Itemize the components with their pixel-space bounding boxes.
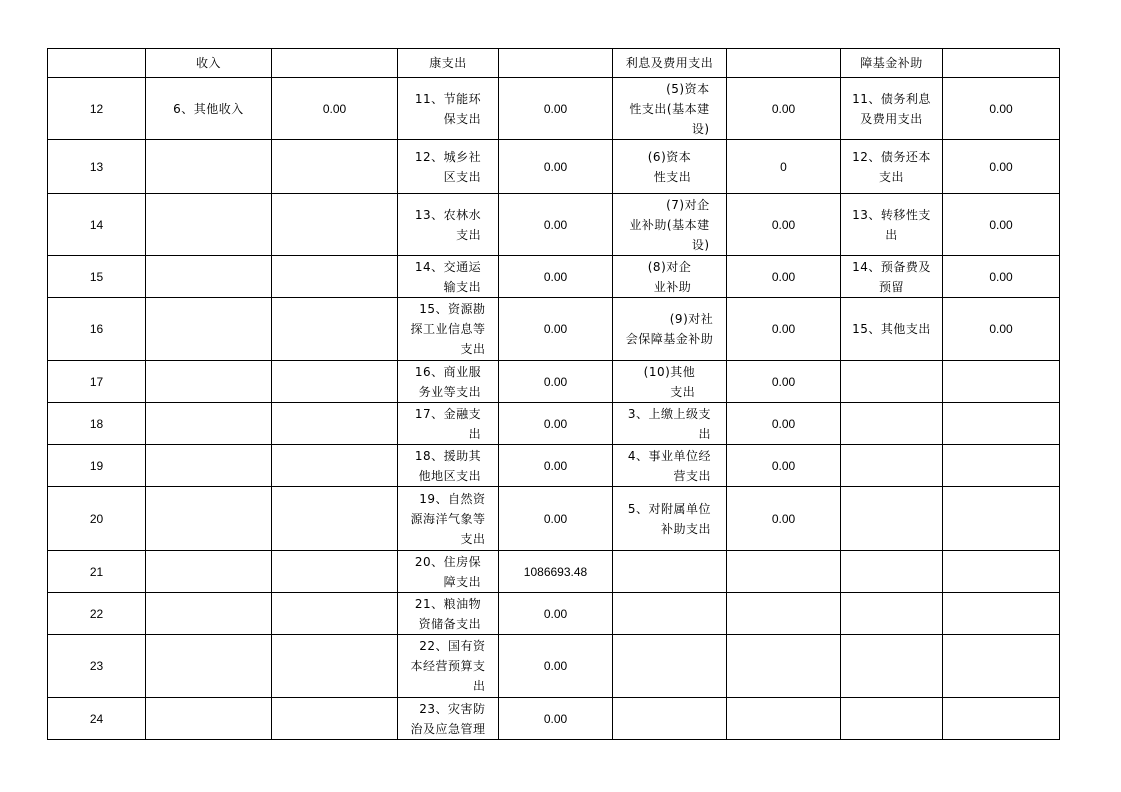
gov-amount-cell: 0.00 <box>943 256 1060 298</box>
econ-item-cell <box>613 698 727 740</box>
func-item-cell: 19、自然资源海洋气象等支出 <box>398 487 499 551</box>
econ-item-cell: (7)对企业补助(基本建设) <box>613 194 727 256</box>
income-item-cell <box>146 361 272 403</box>
text-line: 探工业信息等 <box>410 322 485 336</box>
row-number: 19 <box>48 445 146 487</box>
text-line: 11、节能环 <box>415 92 481 106</box>
income-item-cell <box>146 445 272 487</box>
econ-amount-cell <box>727 593 841 635</box>
gov-item-cell-text: 14、预备费及预留 <box>852 257 931 297</box>
text-line: 会保障基金补助 <box>626 332 714 346</box>
econ-item-cell: (5)资本性支出(基本建设) <box>613 78 727 140</box>
econ-item-cell-text: (9)对社会保障基金补助 <box>626 309 714 349</box>
econ-amount-cell: 0.00 <box>727 298 841 361</box>
text-line: 出 <box>699 427 712 441</box>
econ-item-cell <box>613 635 727 698</box>
gov-amount-cell <box>943 593 1060 635</box>
text-line: 18、援助其 <box>415 449 481 463</box>
text-line: 出 <box>469 427 482 441</box>
header-cell-income-amount <box>272 49 398 78</box>
income-amount-cell <box>272 698 398 740</box>
text-line: 21、粮油物 <box>415 597 481 611</box>
income-item-cell <box>146 194 272 256</box>
gov-amount-cell <box>943 361 1060 403</box>
econ-amount-cell <box>727 551 841 593</box>
econ-item-cell <box>613 593 727 635</box>
text-line: 设) <box>692 238 710 252</box>
row-number: 18 <box>48 403 146 445</box>
row-number: 24 <box>48 698 146 740</box>
text-line: 15、其他支出 <box>852 322 931 336</box>
income-amount-cell <box>272 593 398 635</box>
row-number: 15 <box>48 256 146 298</box>
income-item-cell: 6、其他收入 <box>146 78 272 140</box>
gov-item-cell <box>841 635 943 698</box>
text-line: 4、事业单位经 <box>628 449 711 463</box>
row-number: 21 <box>48 551 146 593</box>
func-amount-cell: 0.00 <box>499 403 613 445</box>
gov-item-cell <box>841 698 943 740</box>
func-item-cell: 18、援助其他地区支出 <box>398 445 499 487</box>
text-line: 6、其他收入 <box>173 102 244 116</box>
text-line: (5)资本 <box>666 82 710 96</box>
gov-item-cell <box>841 593 943 635</box>
func-item-cell-text: 11、节能环保支出 <box>415 89 481 129</box>
econ-amount-cell: 0.00 <box>727 403 841 445</box>
text-line: 13、农林水 <box>415 208 481 222</box>
text-line: (10)其他 <box>644 365 696 379</box>
gov-item-cell-text: 11、债务利息及费用支出 <box>852 89 931 129</box>
gov-amount-cell: 0.00 <box>943 194 1060 256</box>
text-line: 23、灾害防 <box>419 702 485 716</box>
income-amount-cell <box>272 194 398 256</box>
text-line: 14、预备费及 <box>852 260 931 274</box>
econ-item-cell: (6)资本性支出 <box>613 140 727 194</box>
econ-amount-cell: 0.00 <box>727 256 841 298</box>
income-item-cell <box>146 551 272 593</box>
text-line: 20、住房保 <box>415 555 481 569</box>
income-amount-cell <box>272 256 398 298</box>
row-number: 12 <box>48 78 146 140</box>
econ-item-cell: 3、上缴上级支出 <box>613 403 727 445</box>
gov-item-cell: 13、转移性支出 <box>841 194 943 256</box>
gov-amount-cell: 0.00 <box>943 298 1060 361</box>
econ-item-cell: 4、事业单位经营支出 <box>613 445 727 487</box>
text-line: 营支出 <box>674 469 712 483</box>
econ-item-cell: (10)其他支出 <box>613 361 727 403</box>
text-line: 及费用支出 <box>860 112 923 126</box>
income-amount-cell <box>272 140 398 194</box>
text-line: 17、金融支 <box>415 407 481 421</box>
text-line: 性支出(基本建 <box>629 102 709 116</box>
func-amount-cell: 0.00 <box>499 78 613 140</box>
func-amount-cell: 0.00 <box>499 256 613 298</box>
text-line: 12、城乡社 <box>415 150 481 164</box>
func-item-cell-text: 20、住房保障支出 <box>415 552 481 592</box>
econ-item-cell <box>613 551 727 593</box>
text-line: 输支出 <box>444 280 482 294</box>
header-cell-rowno <box>48 49 146 78</box>
econ-amount-cell <box>727 635 841 698</box>
header-row: 收入 康支出 利息及费用支出 障基金补助 <box>48 49 1060 78</box>
text-line: 19、自然资 <box>419 492 485 506</box>
income-item-cell <box>146 403 272 445</box>
gov-item-cell-text: 12、债务还本支出 <box>852 147 931 187</box>
econ-item-cell-text: (8)对企业补助 <box>648 257 692 297</box>
income-amount-cell <box>272 403 398 445</box>
gov-amount-cell <box>943 635 1060 698</box>
row-number: 23 <box>48 635 146 698</box>
income-amount-cell <box>272 551 398 593</box>
econ-amount-cell: 0.00 <box>727 361 841 403</box>
func-item-cell-text: 19、自然资源海洋气象等支出 <box>410 489 485 549</box>
func-item-cell-text: 17、金融支出 <box>415 404 481 444</box>
func-item-cell: 16、商业服务业等支出 <box>398 361 499 403</box>
text-line: 业补助 <box>654 280 692 294</box>
func-item-cell: 20、住房保障支出 <box>398 551 499 593</box>
func-item-cell: 11、节能环保支出 <box>398 78 499 140</box>
text-line: 22、国有资 <box>419 639 485 653</box>
table-row: 1918、援助其他地区支出0.004、事业单位经营支出0.00 <box>48 445 1060 487</box>
gov-amount-cell <box>943 698 1060 740</box>
budget-table: 收入 康支出 利息及费用支出 障基金补助 126、其他收入0.0011、节能环保… <box>47 48 1060 740</box>
table-row: 1817、金融支出0.003、上缴上级支出0.00 <box>48 403 1060 445</box>
func-amount-cell: 0.00 <box>499 361 613 403</box>
text-line: (9)对社 <box>670 312 714 326</box>
func-amount-cell: 1086693.48 <box>499 551 613 593</box>
gov-item-cell: 12、债务还本支出 <box>841 140 943 194</box>
text-line: 保支出 <box>444 112 482 126</box>
gov-item-cell-text: 15、其他支出 <box>852 319 931 339</box>
text-line: 支出 <box>460 342 485 356</box>
income-amount-cell <box>272 298 398 361</box>
text-line: 15、资源勘 <box>419 302 485 316</box>
func-item-cell-text: 21、粮油物资储备支出 <box>415 594 481 634</box>
gov-item-cell: 15、其他支出 <box>841 298 943 361</box>
income-item-cell <box>146 256 272 298</box>
gov-amount-cell <box>943 487 1060 551</box>
text-line: 12、债务还本 <box>852 150 931 164</box>
table-row: 1615、资源勘探工业信息等支出0.00(9)对社会保障基金补助0.0015、其… <box>48 298 1060 361</box>
text-line: 源海洋气象等 <box>410 512 485 526</box>
func-item-cell-text: 15、资源勘探工业信息等支出 <box>410 299 485 359</box>
func-item-cell-text: 14、交通运输支出 <box>415 257 481 297</box>
gov-amount-cell: 0.00 <box>943 140 1060 194</box>
econ-amount-cell <box>727 698 841 740</box>
func-amount-cell: 0.00 <box>499 445 613 487</box>
func-item-cell-text: 22、国有资本经营预算支出 <box>410 636 485 696</box>
econ-item-cell-text: 3、上缴上级支出 <box>628 404 711 444</box>
row-number: 16 <box>48 298 146 361</box>
income-item-cell <box>146 635 272 698</box>
text-line: 5、对附属单位 <box>628 502 711 516</box>
text-line: 业补助(基本建 <box>629 218 709 232</box>
text-line: (6)资本 <box>648 150 692 164</box>
text-line: 11、债务利息 <box>852 92 931 106</box>
income-item-cell-text: 6、其他收入 <box>173 99 244 119</box>
row-number: 13 <box>48 140 146 194</box>
func-amount-cell: 0.00 <box>499 298 613 361</box>
text-line: 支出 <box>670 385 695 399</box>
gov-amount-cell <box>943 551 1060 593</box>
income-item-cell <box>146 698 272 740</box>
gov-item-cell <box>841 361 943 403</box>
header-cell-gov-expense: 障基金补助 <box>841 49 943 78</box>
table-row: 2120、住房保障支出1086693.48 <box>48 551 1060 593</box>
income-item-cell <box>146 298 272 361</box>
func-amount-cell: 0.00 <box>499 593 613 635</box>
gov-item-cell: 14、预备费及预留 <box>841 256 943 298</box>
income-item-cell <box>146 593 272 635</box>
gov-item-cell <box>841 551 943 593</box>
econ-item-cell-text: (5)资本性支出(基本建设) <box>629 79 709 139</box>
text-line: 预留 <box>879 280 904 294</box>
text-line: 设) <box>692 122 710 136</box>
func-item-cell: 17、金融支出 <box>398 403 499 445</box>
func-item-cell-text: 12、城乡社区支出 <box>415 147 481 187</box>
func-item-cell-text: 18、援助其他地区支出 <box>415 446 481 486</box>
row-number: 14 <box>48 194 146 256</box>
text-line: 出 <box>885 228 898 242</box>
income-amount-cell <box>272 635 398 698</box>
table-row: 2019、自然资源海洋气象等支出0.005、对附属单位补助支出0.00 <box>48 487 1060 551</box>
text-line: 支出 <box>456 228 481 242</box>
gov-item-cell-text: 13、转移性支出 <box>852 205 931 245</box>
text-line: 3、上缴上级支 <box>628 407 711 421</box>
econ-item-cell-text: 5、对附属单位补助支出 <box>628 499 711 539</box>
func-amount-cell: 0.00 <box>499 635 613 698</box>
econ-item-cell-text: (6)资本性支出 <box>648 147 692 187</box>
text-line: (7)对企 <box>666 198 710 212</box>
func-item-cell-text: 13、农林水支出 <box>415 205 481 245</box>
func-item-cell-text: 23、灾害防治及应急管理 <box>410 699 485 739</box>
income-amount-cell <box>272 487 398 551</box>
table-row: 2423、灾害防治及应急管理0.00 <box>48 698 1060 740</box>
econ-item-cell: (9)对社会保障基金补助 <box>613 298 727 361</box>
econ-amount-cell: 0.00 <box>727 487 841 551</box>
table-row: 1716、商业服务业等支出0.00(10)其他支出0.00 <box>48 361 1060 403</box>
income-item-cell <box>146 140 272 194</box>
income-amount-cell <box>272 445 398 487</box>
row-number: 17 <box>48 361 146 403</box>
text-line: 障支出 <box>444 575 482 589</box>
econ-item-cell-text: (10)其他支出 <box>644 362 696 402</box>
func-item-cell: 23、灾害防治及应急管理 <box>398 698 499 740</box>
text-line: 本经营预算支 <box>410 659 485 673</box>
text-line: 他地区支出 <box>419 469 482 483</box>
header-cell-econ-expense: 利息及费用支出 <box>613 49 727 78</box>
income-amount-cell <box>272 361 398 403</box>
table-row: 1514、交通运输支出0.00(8)对企业补助0.0014、预备费及预留0.00 <box>48 256 1060 298</box>
func-amount-cell: 0.00 <box>499 140 613 194</box>
econ-amount-cell: 0.00 <box>727 194 841 256</box>
header-cell-income: 收入 <box>146 49 272 78</box>
func-item-cell: 15、资源勘探工业信息等支出 <box>398 298 499 361</box>
text-line: 补助支出 <box>661 522 711 536</box>
header-cell-econ-amount <box>727 49 841 78</box>
text-line: 务业等支出 <box>419 385 482 399</box>
econ-item-cell-text: 4、事业单位经营支出 <box>628 446 711 486</box>
table-row: 1312、城乡社区支出0.00(6)资本性支出012、债务还本支出0.00 <box>48 140 1060 194</box>
text-line: (8)对企 <box>648 260 692 274</box>
func-amount-cell: 0.00 <box>499 194 613 256</box>
func-amount-cell: 0.00 <box>499 698 613 740</box>
row-number: 22 <box>48 593 146 635</box>
header-cell-func-expense: 康支出 <box>398 49 499 78</box>
text-line: 出 <box>473 679 486 693</box>
table-row: 1413、农林水支出0.00(7)对企业补助(基本建设)0.0013、转移性支出… <box>48 194 1060 256</box>
text-line: 13、转移性支 <box>852 208 931 222</box>
econ-amount-cell: 0.00 <box>727 78 841 140</box>
econ-item-cell-text: (7)对企业补助(基本建设) <box>629 195 709 255</box>
func-item-cell: 13、农林水支出 <box>398 194 499 256</box>
text-line: 16、商业服 <box>415 365 481 379</box>
func-item-cell: 22、国有资本经营预算支出 <box>398 635 499 698</box>
gov-item-cell: 11、债务利息及费用支出 <box>841 78 943 140</box>
func-item-cell-text: 16、商业服务业等支出 <box>415 362 481 402</box>
econ-item-cell: 5、对附属单位补助支出 <box>613 487 727 551</box>
text-line: 性支出 <box>654 170 692 184</box>
text-line: 支出 <box>879 170 904 184</box>
func-item-cell: 12、城乡社区支出 <box>398 140 499 194</box>
text-line: 治及应急管理 <box>410 722 485 736</box>
table-row: 126、其他收入0.0011、节能环保支出0.00(5)资本性支出(基本建设)0… <box>48 78 1060 140</box>
gov-amount-cell: 0.00 <box>943 78 1060 140</box>
gov-item-cell <box>841 445 943 487</box>
table-row: 2221、粮油物资储备支出0.00 <box>48 593 1060 635</box>
econ-amount-cell: 0.00 <box>727 445 841 487</box>
table-row: 2322、国有资本经营预算支出0.00 <box>48 635 1060 698</box>
gov-item-cell <box>841 487 943 551</box>
gov-amount-cell <box>943 445 1060 487</box>
income-amount-cell: 0.00 <box>272 78 398 140</box>
func-item-cell: 21、粮油物资储备支出 <box>398 593 499 635</box>
gov-amount-cell <box>943 403 1060 445</box>
text-line: 14、交通运 <box>415 260 481 274</box>
func-amount-cell: 0.00 <box>499 487 613 551</box>
econ-amount-cell: 0 <box>727 140 841 194</box>
row-number: 20 <box>48 487 146 551</box>
header-cell-gov-amount <box>943 49 1060 78</box>
income-item-cell <box>146 487 272 551</box>
gov-item-cell <box>841 403 943 445</box>
func-item-cell: 14、交通运输支出 <box>398 256 499 298</box>
text-line: 区支出 <box>444 170 482 184</box>
econ-item-cell: (8)对企业补助 <box>613 256 727 298</box>
header-cell-func-amount <box>499 49 613 78</box>
text-line: 支出 <box>460 532 485 546</box>
text-line: 资储备支出 <box>419 617 482 631</box>
